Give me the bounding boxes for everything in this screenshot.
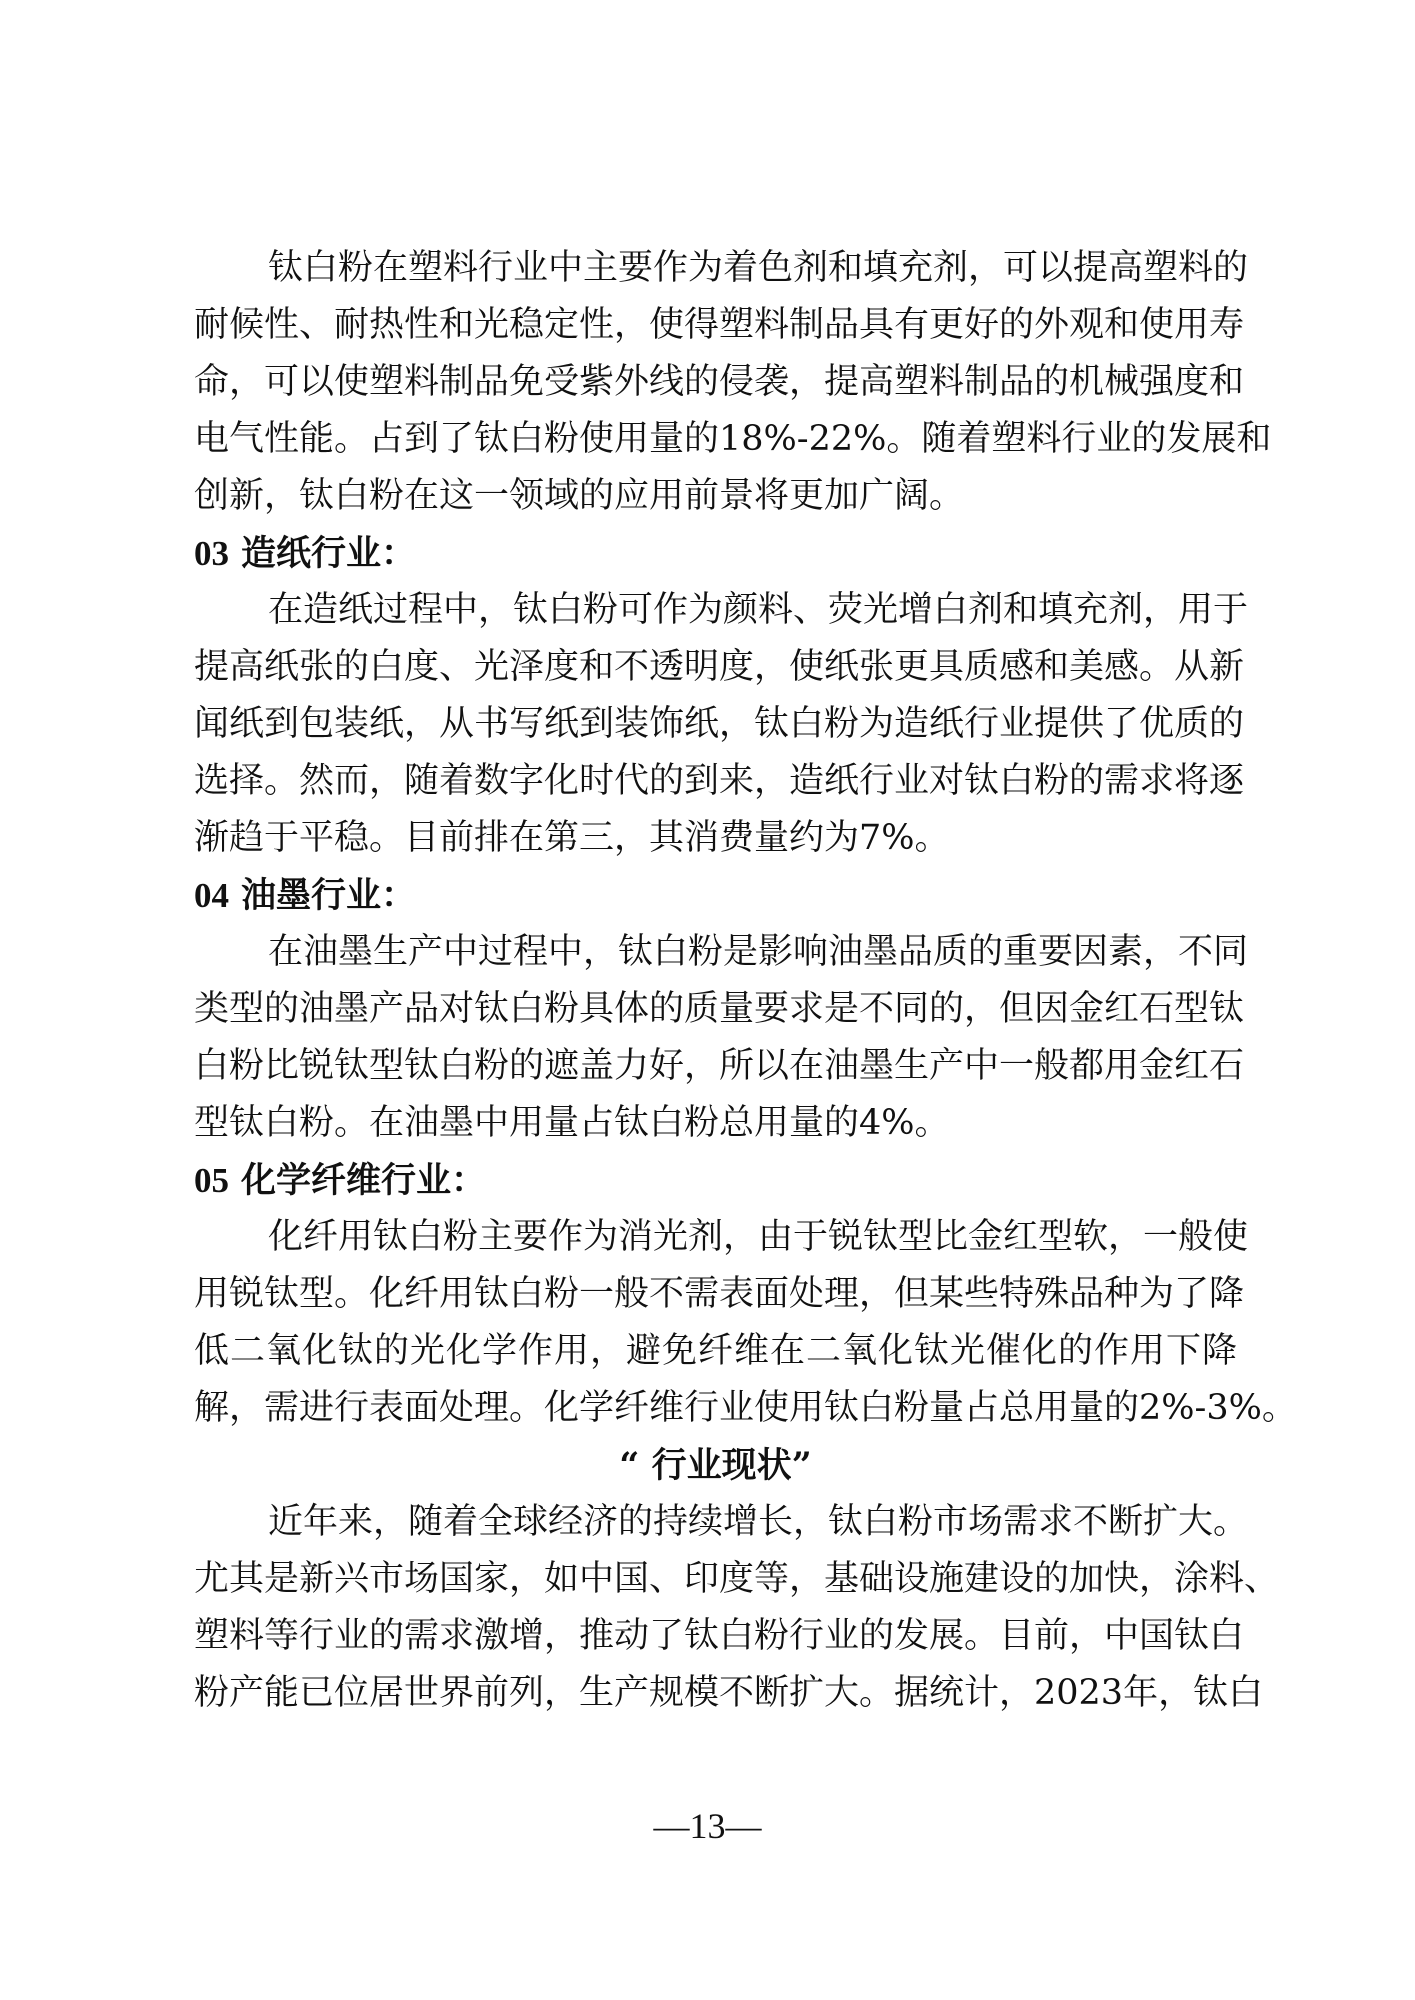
section-title: 化学纤维行业：	[241, 1160, 486, 1201]
document-body: 钛白粉在塑料行业中主要作为着色剂和填充剂，可以提高塑料的 耐候性、耐热性和光稳定…	[194, 240, 1237, 1722]
section-number: 03	[194, 534, 229, 573]
section-heading-ink: 04油墨行业：	[194, 867, 1237, 924]
text-line: 低二氧化钛的光化学作用，避免纤维在二氧化钛光催化的作用下降	[194, 1323, 1237, 1380]
text-line: 解，需进行表面处理。化学纤维行业使用钛白粉量占总用量的2%-3%。	[194, 1380, 1237, 1437]
section-heading-paper: 03造纸行业：	[194, 525, 1237, 582]
text-line: 型钛白粉。在油墨中用量占钛白粉总用量的4%。	[194, 1095, 1237, 1152]
text-line: 在油墨生产中过程中，钛白粉是影响油墨品质的重要因素，不同	[194, 924, 1237, 981]
text-line: 化纤用钛白粉主要作为消光剂，由于锐钛型比金红型软，一般使	[194, 1209, 1237, 1266]
text-line: 选择。然而，随着数字化时代的到来，造纸行业对钛白粉的需求将逐	[194, 753, 1237, 810]
section-title: 造纸行业：	[241, 533, 416, 574]
text-line: 钛白粉在塑料行业中主要作为着色剂和填充剂，可以提高塑料的	[194, 240, 1237, 297]
text-line: 塑料等行业的需求激增，推动了钛白粉行业的发展。目前，中国钛白	[194, 1608, 1237, 1665]
document-page: 钛白粉在塑料行业中主要作为着色剂和填充剂，可以提高塑料的 耐候性、耐热性和光稳定…	[0, 0, 1415, 2000]
text-line: 闻纸到包装纸，从书写纸到装饰纸，钛白粉为造纸行业提供了优质的	[194, 696, 1237, 753]
text-line: 耐候性、耐热性和光稳定性，使得塑料制品具有更好的外观和使用寿	[194, 297, 1237, 354]
paragraph-ink: 在油墨生产中过程中，钛白粉是影响油墨品质的重要因素，不同 类型的油墨产品对钛白粉…	[194, 924, 1237, 1152]
text-line: 类型的油墨产品对钛白粉具体的质量要求是不同的，但因金红石型钛	[194, 981, 1237, 1038]
text-line: 提高纸张的白度、光泽度和不透明度，使纸张更具质感和美感。从新	[194, 639, 1237, 696]
text-line: 尤其是新兴市场国家，如中国、印度等，基础设施建设的加快，涂料、	[194, 1551, 1237, 1608]
page-number: —13—	[0, 1805, 1415, 1847]
paragraph-plastics: 钛白粉在塑料行业中主要作为着色剂和填充剂，可以提高塑料的 耐候性、耐热性和光稳定…	[194, 240, 1237, 525]
section-heading-industry-status: “ 行业现状”	[194, 1437, 1237, 1494]
text-line: 用锐钛型。化纤用钛白粉一般不需表面处理，但某些特殊品种为了降	[194, 1266, 1237, 1323]
paragraph-industry-status: 近年来，随着全球经济的持续增长，钛白粉市场需求不断扩大。 尤其是新兴市场国家，如…	[194, 1494, 1237, 1722]
text-line: 命，可以使塑料制品免受紫外线的侵袭，提高塑料制品的机械强度和	[194, 354, 1237, 411]
text-line: 粉产能已位居世界前列，生产规模不断扩大。据统计，2023年，钛白	[194, 1665, 1237, 1722]
text-line: 近年来，随着全球经济的持续增长，钛白粉市场需求不断扩大。	[194, 1494, 1237, 1551]
text-line: 电气性能。占到了钛白粉使用量的18%-22%。随着塑料行业的发展和	[194, 411, 1237, 468]
section-title: 油墨行业：	[241, 875, 416, 916]
paragraph-paper: 在造纸过程中，钛白粉可作为颜料、荧光增白剂和填充剂，用于 提高纸张的白度、光泽度…	[194, 582, 1237, 867]
paragraph-chemical-fiber: 化纤用钛白粉主要作为消光剂，由于锐钛型比金红型软，一般使 用锐钛型。化纤用钛白粉…	[194, 1209, 1237, 1437]
text-line: 白粉比锐钛型钛白粉的遮盖力好，所以在油墨生产中一般都用金红石	[194, 1038, 1237, 1095]
text-line: 在造纸过程中，钛白粉可作为颜料、荧光增白剂和填充剂，用于	[194, 582, 1237, 639]
section-number: 04	[194, 876, 229, 915]
section-number: 05	[194, 1161, 229, 1200]
text-line: 渐趋于平稳。目前排在第三，其消费量约为7%。	[194, 810, 1237, 867]
text-line: 创新，钛白粉在这一领域的应用前景将更加广阔。	[194, 468, 1237, 525]
section-heading-chemical-fiber: 05化学纤维行业：	[194, 1152, 1237, 1209]
